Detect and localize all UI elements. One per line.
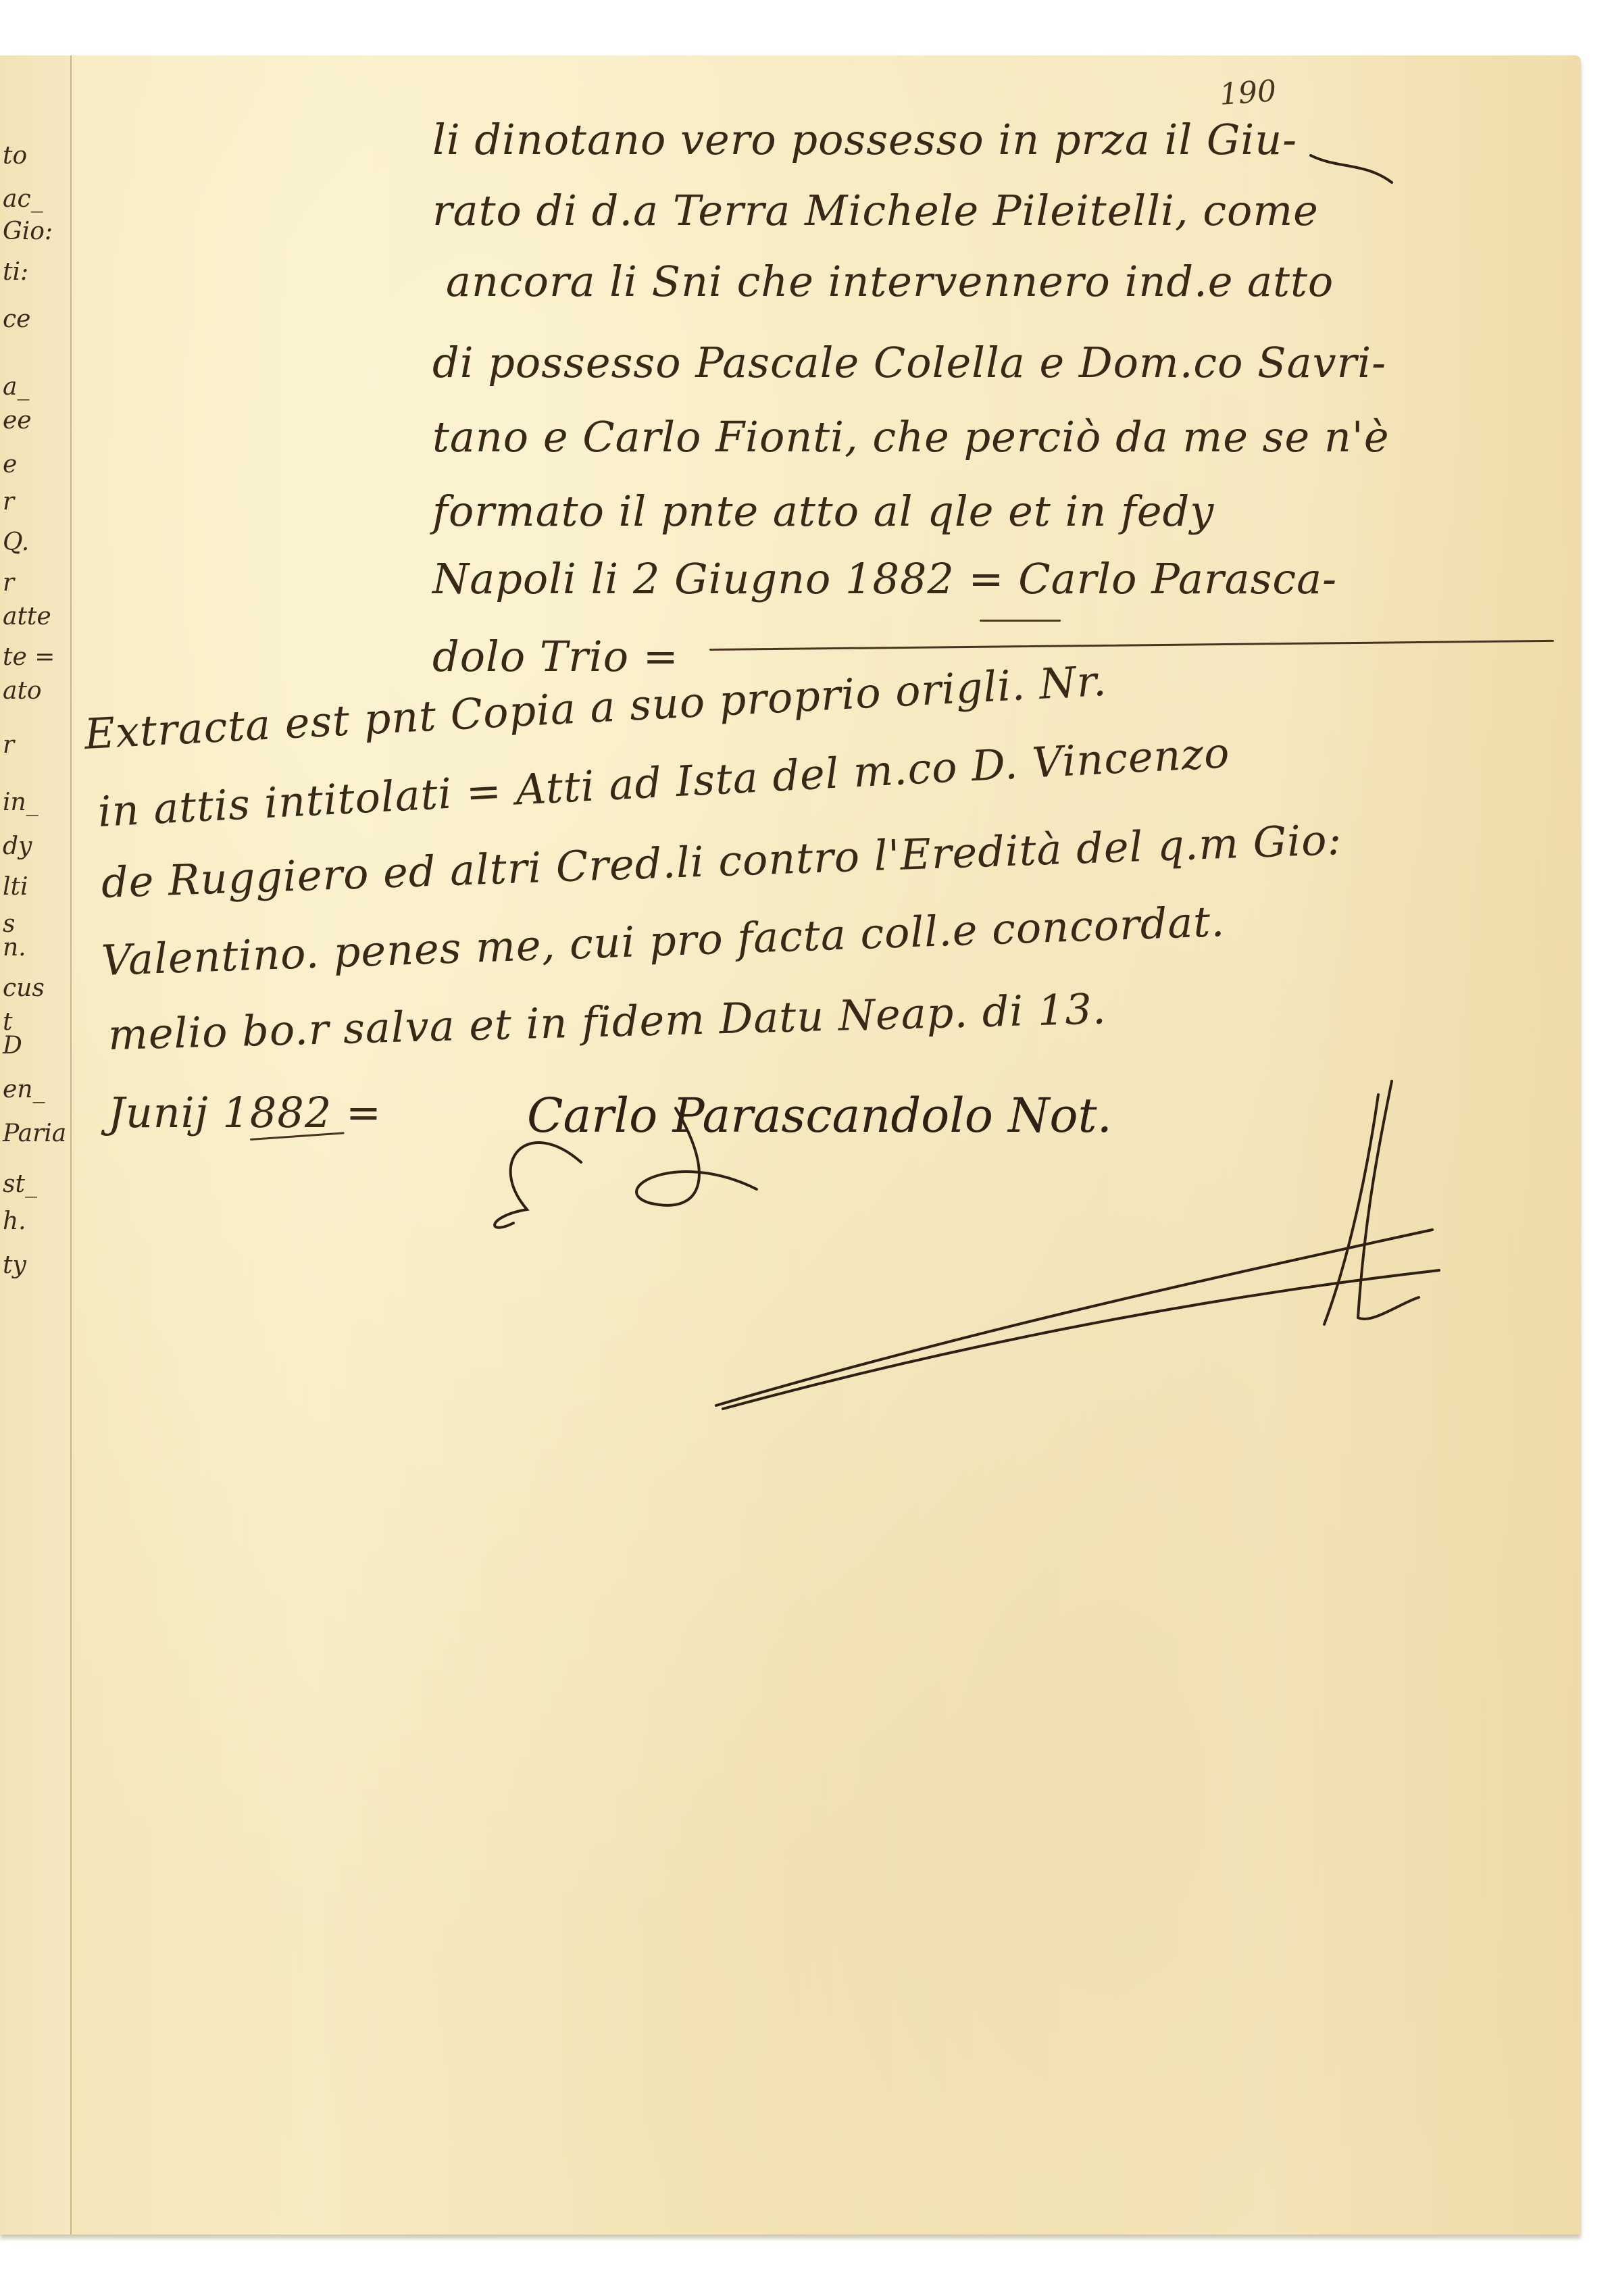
signature-flourish-icon xyxy=(0,0,1610,2296)
